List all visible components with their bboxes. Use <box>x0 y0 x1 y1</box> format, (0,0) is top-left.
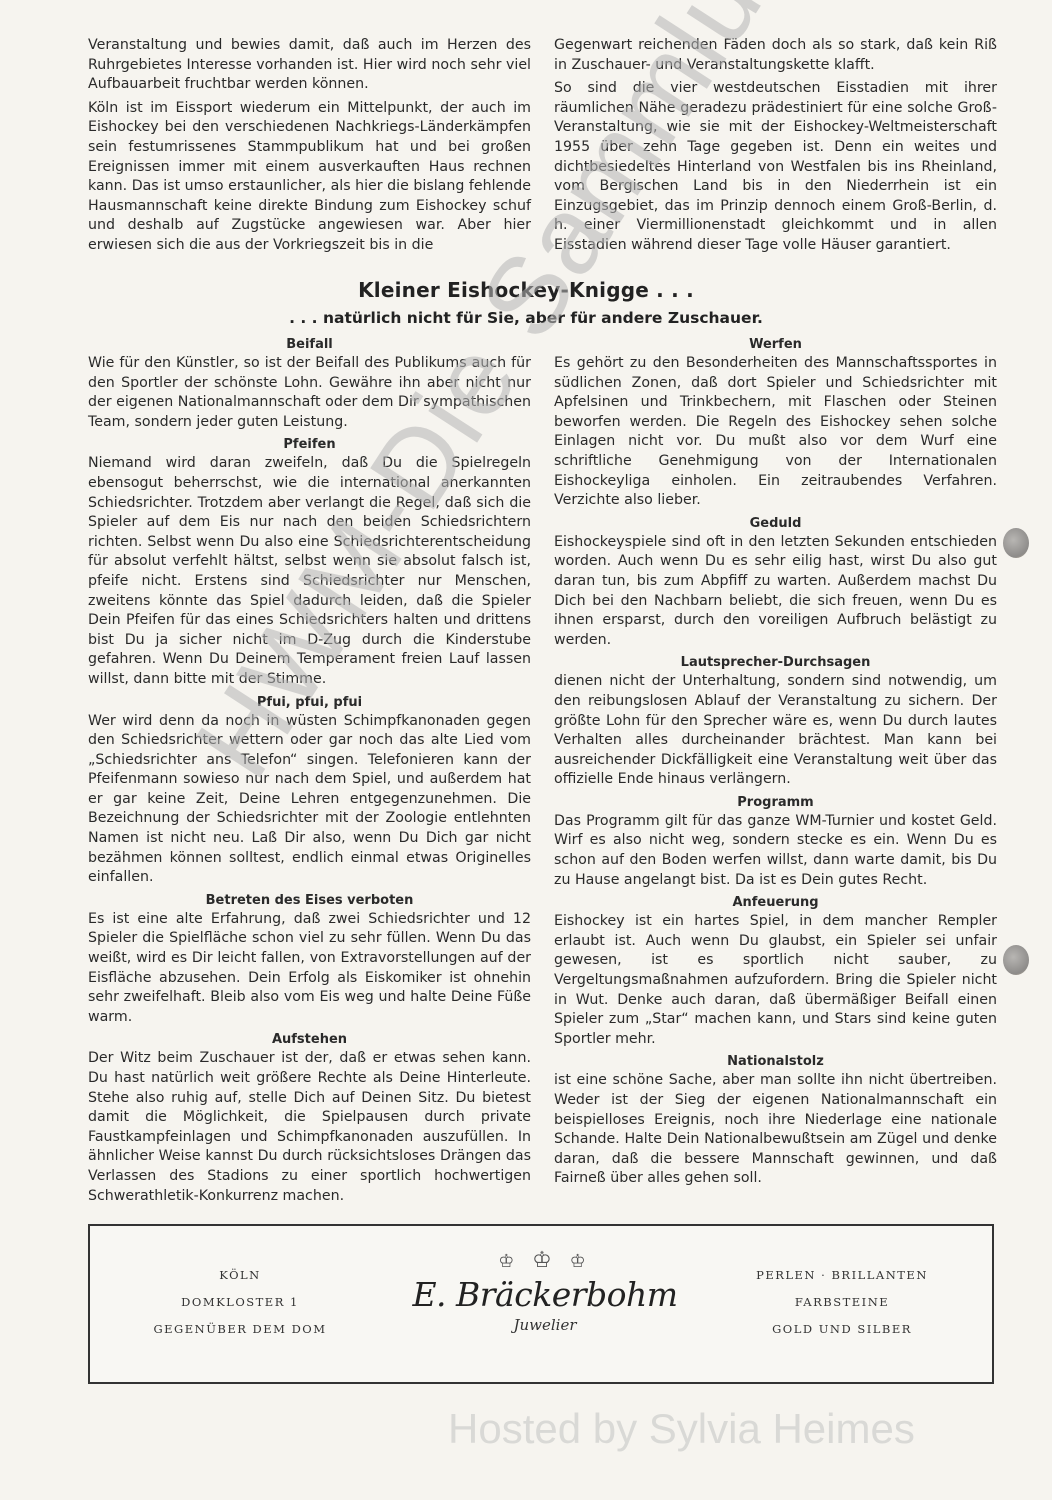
section-body: Das Programm gilt für das ganze WM-Turni… <box>554 812 997 890</box>
ad-address: KÖLN DOMKLOSTER 1 GEGENÜBER DEM DOM <box>90 1262 390 1343</box>
knigge-right-column: Werfen Es gehört zu den Besonderheiten d… <box>554 334 997 1193</box>
section-body: dienen nicht der Unterhaltung, sondern s… <box>554 672 997 790</box>
crown-icon: ♔ ♔ ♔ <box>400 1248 690 1273</box>
section-beifall: Beifall Wie für den Künstler, so ist der… <box>88 336 531 432</box>
intro-right-column: Gegenwart reichenden Fäden doch als so s… <box>554 36 997 260</box>
section-body: ist eine schöne Sache, aber man sollte i… <box>554 1071 997 1189</box>
section-title: Aufstehen <box>88 1031 531 1049</box>
section-geduld: Geduld Eishockeyspiele sind oft in den l… <box>554 515 997 651</box>
ad-products: PERLEN · BRILLANTEN FARBSTEINE GOLD UND … <box>692 1262 992 1343</box>
section-werfen: Werfen Es gehört zu den Besonderheiten d… <box>554 336 997 511</box>
ad-product-line: FARBSTEINE <box>692 1289 992 1316</box>
section-pfui: Pfui, pfui, pfui Wer wird denn da noch i… <box>88 694 531 888</box>
section-body: Eishockey ist ein hartes Spiel, in dem m… <box>554 912 997 1049</box>
crown-icon: ♔ <box>570 1251 592 1272</box>
hosted-by-watermark: Hosted by Sylvia Heimes <box>448 1405 915 1453</box>
paragraph: So sind die vier westdeutschen Eisstadie… <box>554 79 997 255</box>
section-lautsprecher: Lautsprecher-Durchsagen dienen nicht der… <box>554 654 997 790</box>
punch-hole-icon <box>1003 528 1029 558</box>
section-aufstehen: Aufstehen Der Witz beim Zuschauer ist de… <box>88 1031 531 1206</box>
ad-product-line: PERLEN · BRILLANTEN <box>692 1262 992 1289</box>
section-title: Lautsprecher-Durchsagen <box>554 654 997 672</box>
ad-city: KÖLN <box>90 1262 390 1289</box>
section-title: Pfeifen <box>88 436 531 454</box>
article-title: Kleiner Eishockey-Knigge . . . <box>0 278 1052 302</box>
section-betreten: Betreten des Eises verboten Es ist eine … <box>88 892 531 1028</box>
section-body: Es ist eine alte Erfahrung, daß zwei Sch… <box>88 910 531 1028</box>
section-title: Geduld <box>554 515 997 533</box>
paragraph: Gegenwart reichenden Fäden doch als so s… <box>554 36 997 75</box>
section-anfeuerung: Anfeuerung Eishockey ist ein hartes Spie… <box>554 894 997 1049</box>
ad-brand-block: ♔ ♔ ♔ E. Bräckerbohm Juwelier <box>400 1248 690 1334</box>
section-title: Beifall <box>88 336 531 354</box>
paragraph: Köln ist im Eissport wiederum ein Mittel… <box>88 99 531 256</box>
section-title: Anfeuerung <box>554 894 997 912</box>
crown-icon: ♔ <box>532 1248 558 1273</box>
ad-location-note: GEGENÜBER DEM DOM <box>90 1316 390 1343</box>
ad-brand-subtitle: Juwelier <box>400 1316 690 1334</box>
section-body: Eishockeyspiele sind oft in den letzten … <box>554 533 997 651</box>
paragraph: Veranstaltung und bewies damit, daß auch… <box>88 36 531 95</box>
section-body: Wer wird denn da noch in wüsten Schimpfk… <box>88 712 531 888</box>
section-pfeifen: Pfeifen Niemand wird daran zweifeln, daß… <box>88 436 531 689</box>
section-title: Programm <box>554 794 997 812</box>
ad-street: DOMKLOSTER 1 <box>90 1289 390 1316</box>
section-title: Betreten des Eises verboten <box>88 892 531 910</box>
jeweler-advertisement: KÖLN DOMKLOSTER 1 GEGENÜBER DEM DOM ♔ ♔ … <box>88 1224 994 1384</box>
knigge-left-column: Beifall Wie für den Künstler, so ist der… <box>88 334 531 1210</box>
section-title: Nationalstolz <box>554 1053 997 1071</box>
crown-icon: ♔ <box>498 1251 520 1272</box>
section-title: Werfen <box>554 336 997 354</box>
ad-brand-name: E. Bräckerbohm <box>400 1275 690 1314</box>
section-body: Niemand wird daran zweifeln, daß Du die … <box>88 454 531 689</box>
section-title: Pfui, pfui, pfui <box>88 694 531 712</box>
section-body: Es gehört zu den Besonderheiten des Mann… <box>554 354 997 511</box>
section-nationalstolz: Nationalstolz ist eine schöne Sache, abe… <box>554 1053 997 1189</box>
section-programm: Programm Das Programm gilt für das ganze… <box>554 794 997 890</box>
punch-hole-icon <box>1003 945 1029 975</box>
intro-left-column: Veranstaltung und bewies damit, daß auch… <box>88 36 531 260</box>
section-body: Der Witz beim Zuschauer ist der, daß er … <box>88 1049 531 1206</box>
ad-product-line: GOLD UND SILBER <box>692 1316 992 1343</box>
section-body: Wie für den Künstler, so ist der Beifall… <box>88 354 531 432</box>
article-subtitle: . . . natürlich nicht für Sie, aber für … <box>0 309 1052 327</box>
